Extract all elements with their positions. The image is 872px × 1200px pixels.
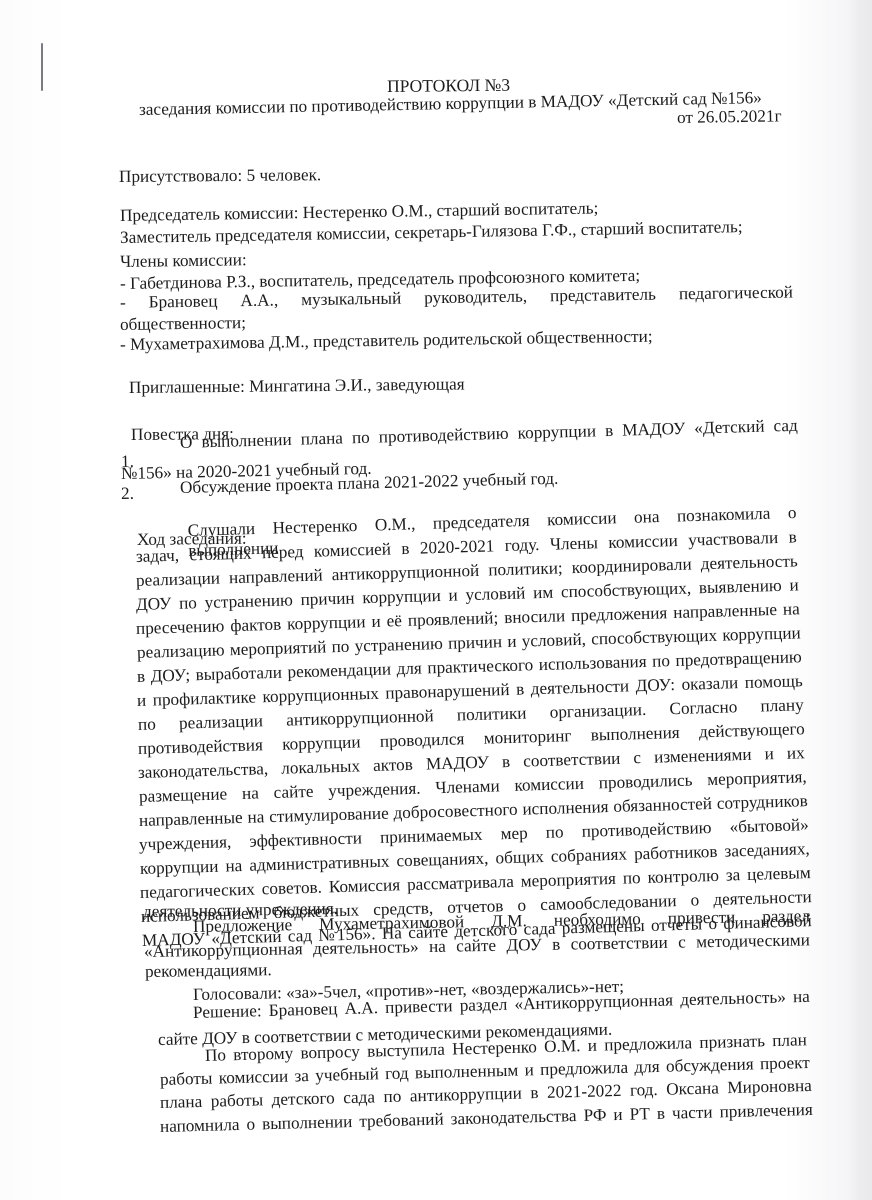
scanned-page: ПРОТОКОЛ №3 заседания комиссии по против… (0, 0, 872, 1200)
invited: Приглашенные: Мингатина Э.И., заведующая (129, 374, 465, 398)
protocol-date: от 26.05.2021г (677, 106, 782, 128)
agenda-item-1-text: О выполнении плана по противодействию ко… (180, 416, 798, 453)
members-label: Члены комиссии: (120, 250, 247, 272)
margin-mark (41, 43, 43, 91)
agenda-item-2-number: 2. (121, 484, 134, 504)
proposal-line: рекомендациями. (145, 960, 272, 982)
attendance-count: Присутствовало: 5 человек. (119, 165, 321, 187)
member-branovets-cont: общественности; (120, 313, 246, 335)
scan-edge-shadow (850, 0, 872, 1200)
